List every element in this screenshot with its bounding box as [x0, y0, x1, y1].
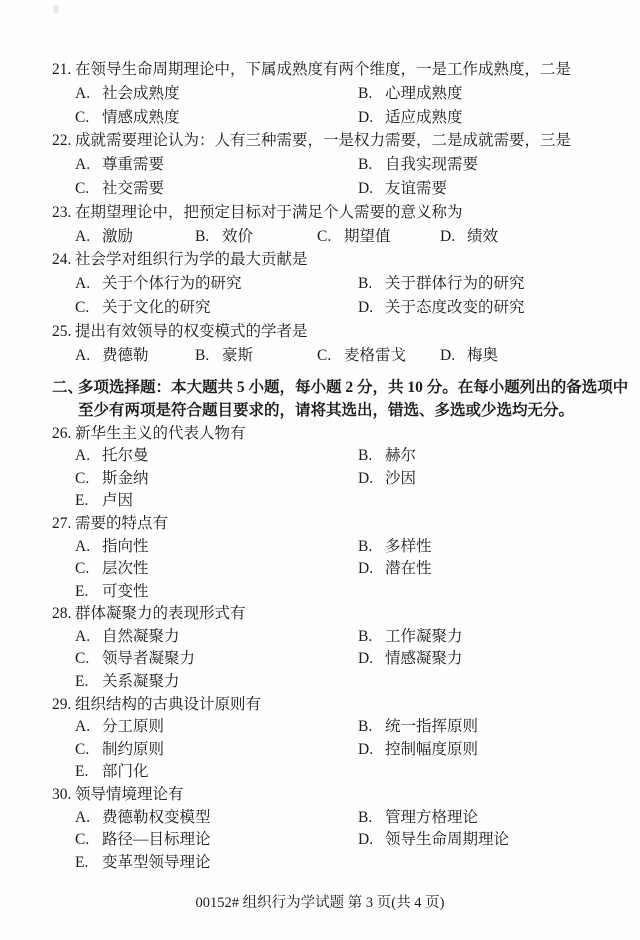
question-stem-row: 22.成就需要理论认为：人有三种需要，一是权力需要，二是成就需要，三是: [52, 129, 600, 153]
option-label: D.: [358, 177, 385, 201]
question-stem: 组织结构的古典设计原则有: [75, 694, 261, 717]
option-text: 部门化: [102, 761, 149, 784]
question-number: 24.: [52, 248, 75, 272]
section-header-line: 二、多项选择题：本大题共 5 小题，每小题 2 分，共 10 分。在每小题列出的…: [52, 377, 600, 400]
option-label: D.: [358, 296, 385, 320]
question-stem-row: 21.在领导生命周期理论中，下属成熟度有两个维度，一是工作成熟度，二是: [52, 58, 600, 82]
options-row: A.费德勒权变模型B.管理方格理论: [52, 807, 600, 830]
option-label: E.: [75, 671, 102, 694]
option-text: 心理成熟度: [385, 82, 463, 106]
option-text: 关于态度改变的研究: [385, 296, 525, 320]
option-label: E.: [75, 490, 102, 513]
option-text: 友谊需要: [385, 177, 447, 201]
option-label: C.: [317, 344, 344, 368]
option-A: A.关于个体行为的研究: [75, 272, 358, 296]
options-row: A.费德勒B.豪斯C.麦格雷戈D.梅奥: [52, 344, 600, 368]
question-block: 30.领导情境理论有A.费德勒权变模型B.管理方格理论C.路径—目标理论D.领导…: [52, 784, 600, 874]
option-text: 豪斯: [222, 344, 253, 368]
option-label: D.: [358, 106, 385, 130]
option-text: 领导生命周期理论: [385, 829, 509, 852]
option-A: A.分工原则: [75, 716, 358, 739]
options-row: A.分工原则B.统一指挥原则: [52, 716, 600, 739]
option-C: C.情感成熟度: [75, 106, 358, 130]
scan-artifact: [53, 5, 59, 13]
option-A: A.社会成熟度: [75, 82, 358, 106]
option-text: 统一指挥原则: [385, 716, 478, 739]
option-label: A.: [75, 716, 102, 739]
page-footer: 00152# 组织行为学试题 第 3 页(共 4 页): [0, 893, 640, 913]
option-label: B.: [358, 445, 385, 468]
question-number: 25.: [52, 320, 75, 344]
option-label: E.: [75, 852, 102, 875]
options-row: A.自然凝聚力B.工作凝聚力: [52, 626, 600, 649]
question-block: 21.在领导生命周期理论中，下属成熟度有两个维度，一是工作成熟度，二是A.社会成…: [52, 58, 600, 129]
option-label: D.: [440, 344, 467, 368]
section-header-line: 至少有两项是符合题目要求的，请将其选出，错选、多选或少选均无分。: [52, 400, 600, 423]
option-label: D.: [358, 829, 385, 852]
option-E: E.卢因: [75, 490, 358, 513]
option-label: B.: [358, 716, 385, 739]
option-text: 社交需要: [102, 177, 164, 201]
option-label: B.: [358, 82, 385, 106]
option-E: E.可变性: [75, 581, 358, 604]
question-number: 21.: [52, 58, 75, 82]
question-block: 27.需要的特点有A.指向性B.多样性C.层次性D.潜在性E.可变性: [52, 513, 600, 603]
option-label: A.: [75, 445, 102, 468]
options-row: C.关于文化的研究D.关于态度改变的研究: [52, 296, 600, 320]
option-text: 多样性: [385, 536, 432, 559]
option-B: B.自我实现需要: [358, 153, 478, 177]
option-text: 层次性: [102, 558, 149, 581]
question-stem: 领导情境理论有: [75, 784, 184, 807]
option-label: B.: [358, 536, 385, 559]
question-number: 30.: [52, 784, 75, 807]
option-label: A.: [75, 153, 102, 177]
option-text: 费德勒权变模型: [102, 807, 211, 830]
options-row: C.领导者凝聚力D.情感凝聚力: [52, 648, 600, 671]
question-stem-row: 30.领导情境理论有: [52, 784, 600, 807]
option-text: 激励: [102, 225, 133, 249]
question-stem: 群体凝聚力的表现形式有: [75, 603, 246, 626]
option-C: C.关于文化的研究: [75, 296, 358, 320]
option-text: 管理方格理论: [385, 807, 478, 830]
option-label: C.: [75, 106, 102, 130]
option-label: B.: [358, 153, 385, 177]
option-label: D.: [358, 648, 385, 671]
options-row: C.社交需要D.友谊需要: [52, 177, 600, 201]
question-block: 24.社会学对组织行为学的最大贡献是A.关于个体行为的研究B.关于群体行为的研究…: [52, 248, 600, 319]
option-text: 沙因: [385, 468, 416, 491]
option-text: 关于群体行为的研究: [385, 272, 525, 296]
option-D: D.梅奥: [440, 344, 498, 368]
option-text: 费德勒: [102, 344, 149, 368]
option-B: B.多样性: [358, 536, 432, 559]
option-text: 梅奥: [467, 344, 498, 368]
option-label: A.: [75, 536, 102, 559]
option-D: D.适应成熟度: [358, 106, 463, 130]
question-stem: 成就需要理论认为：人有三种需要，一是权力需要，二是成就需要，三是: [75, 129, 571, 153]
option-label: A.: [75, 626, 102, 649]
options-row: A.社会成熟度B.心理成熟度: [52, 82, 600, 106]
option-label: C.: [75, 296, 102, 320]
question-number: 27.: [52, 513, 75, 536]
options-row: E.部门化: [52, 761, 600, 784]
option-text: 自我实现需要: [385, 153, 478, 177]
option-label: B.: [358, 807, 385, 830]
option-text: 赫尔: [385, 445, 416, 468]
question-number: 22.: [52, 129, 75, 153]
question-number: 23.: [52, 201, 75, 225]
option-label: A.: [75, 82, 102, 106]
section-header: 二、多项选择题：本大题共 5 小题，每小题 2 分，共 10 分。在每小题列出的…: [52, 377, 600, 422]
question-stem-row: 23.在期望理论中，把预定目标对于满足个人需要的意义称为: [52, 201, 600, 225]
option-text: 分工原则: [102, 716, 164, 739]
option-A: A.尊重需要: [75, 153, 358, 177]
option-text: 关于文化的研究: [102, 296, 211, 320]
option-text: 情感成熟度: [102, 106, 180, 130]
question-stem-row: 26.新华生主义的代表人物有: [52, 423, 600, 446]
options-row: E.关系凝聚力: [52, 671, 600, 694]
option-text: 关于个体行为的研究: [102, 272, 242, 296]
options-row: E.变革型领导理论: [52, 852, 600, 875]
option-C: C.斯金纳: [75, 468, 358, 491]
section-header-text: 至少有两项是符合题目要求的，请将其选出，错选、多选或少选均无分。: [78, 400, 574, 423]
option-text: 尊重需要: [102, 153, 164, 177]
options-row: C.斯金纳D.沙因: [52, 468, 600, 491]
option-B: B.统一指挥原则: [358, 716, 478, 739]
option-D: D.友谊需要: [358, 177, 447, 201]
option-C: C.期望值: [317, 225, 440, 249]
option-text: 效价: [222, 225, 253, 249]
option-text: 工作凝聚力: [385, 626, 463, 649]
option-A: A.激励: [75, 225, 195, 249]
option-C: C.麦格雷戈: [317, 344, 440, 368]
question-stem: 在期望理论中，把预定目标对于满足个人需要的意义称为: [75, 201, 463, 225]
option-B: B.效价: [195, 225, 317, 249]
option-text: 指向性: [102, 536, 149, 559]
option-label: D.: [440, 225, 467, 249]
option-text: 控制幅度原则: [385, 739, 478, 762]
option-label: A.: [75, 225, 102, 249]
option-text: 斯金纳: [102, 468, 149, 491]
question-stem-row: 24.社会学对组织行为学的最大贡献是: [52, 248, 600, 272]
option-E: E.部门化: [75, 761, 358, 784]
option-label: C.: [75, 648, 102, 671]
option-B: B.管理方格理论: [358, 807, 478, 830]
question-stem: 社会学对组织行为学的最大贡献是: [75, 248, 308, 272]
question-stem: 在领导生命周期理论中，下属成熟度有两个维度，一是工作成熟度，二是: [75, 58, 571, 82]
option-label: D.: [358, 739, 385, 762]
option-label: A.: [75, 344, 102, 368]
option-D: D.绩效: [440, 225, 498, 249]
question-stem-row: 28.群体凝聚力的表现形式有: [52, 603, 600, 626]
question-block: 23.在期望理论中，把预定目标对于满足个人需要的意义称为A.激励B.效价C.期望…: [52, 201, 600, 249]
option-label: B.: [195, 225, 222, 249]
option-D: D.沙因: [358, 468, 416, 491]
option-label: C.: [75, 829, 102, 852]
option-B: B.赫尔: [358, 445, 416, 468]
option-E: E.变革型领导理论: [75, 852, 358, 875]
question-stem-row: 29.组织结构的古典设计原则有: [52, 694, 600, 717]
question-stem-row: 25.提出有效领导的权变模式的学者是: [52, 320, 600, 344]
option-B: B.工作凝聚力: [358, 626, 463, 649]
option-C: C.领导者凝聚力: [75, 648, 358, 671]
option-text: 卢因: [102, 490, 133, 513]
option-label: B.: [358, 626, 385, 649]
section-number: 二、: [52, 377, 78, 400]
option-label: A.: [75, 807, 102, 830]
option-text: 制约原则: [102, 739, 164, 762]
question-block: 26.新华生主义的代表人物有A.托尔曼B.赫尔C.斯金纳D.沙因E.卢因: [52, 423, 600, 513]
option-C: C.路径—目标理论: [75, 829, 358, 852]
option-text: 潜在性: [385, 558, 432, 581]
question-block: 22.成就需要理论认为：人有三种需要，一是权力需要，二是成就需要，三是A.尊重需…: [52, 129, 600, 200]
option-C: C.制约原则: [75, 739, 358, 762]
options-row: A.托尔曼B.赫尔: [52, 445, 600, 468]
options-row: E.可变性: [52, 581, 600, 604]
question-area: 21.在领导生命周期理论中，下属成熟度有两个维度，一是工作成熟度，二是A.社会成…: [52, 58, 600, 874]
question-block: 25.提出有效领导的权变模式的学者是A.费德勒B.豪斯C.麦格雷戈D.梅奥: [52, 320, 600, 368]
option-text: 社会成熟度: [102, 82, 180, 106]
options-row: A.尊重需要B.自我实现需要: [52, 153, 600, 177]
option-text: 情感凝聚力: [385, 648, 463, 671]
question-block: 28.群体凝聚力的表现形式有A.自然凝聚力B.工作凝聚力C.领导者凝聚力D.情感…: [52, 603, 600, 693]
options-row: E.卢因: [52, 490, 600, 513]
option-E: E.关系凝聚力: [75, 671, 358, 694]
option-label: E.: [75, 761, 102, 784]
option-label: C.: [75, 177, 102, 201]
question-stem: 提出有效领导的权变模式的学者是: [75, 320, 308, 344]
question-block: 29.组织结构的古典设计原则有A.分工原则B.统一指挥原则C.制约原则D.控制幅…: [52, 694, 600, 784]
option-label: B.: [358, 272, 385, 296]
option-text: 期望值: [344, 225, 391, 249]
options-row: A.关于个体行为的研究B.关于群体行为的研究: [52, 272, 600, 296]
question-stem: 需要的特点有: [75, 513, 168, 536]
options-row: C.路径—目标理论D.领导生命周期理论: [52, 829, 600, 852]
question-number: 28.: [52, 603, 75, 626]
page-footer-text: 00152# 组织行为学试题 第 3 页(共 4 页): [196, 895, 445, 911]
option-A: A.费德勒权变模型: [75, 807, 358, 830]
option-A: A.托尔曼: [75, 445, 358, 468]
option-C: C.层次性: [75, 558, 358, 581]
options-row: C.情感成熟度D.适应成熟度: [52, 106, 600, 130]
options-row: A.激励B.效价C.期望值D.绩效: [52, 225, 600, 249]
option-A: A.自然凝聚力: [75, 626, 358, 649]
option-text: 关系凝聚力: [102, 671, 180, 694]
question-number: 26.: [52, 423, 75, 446]
options-row: C.制约原则D.控制幅度原则: [52, 739, 600, 762]
option-B: B.心理成熟度: [358, 82, 463, 106]
option-text: 路径—目标理论: [102, 829, 211, 852]
option-text: 适应成熟度: [385, 106, 463, 130]
option-text: 领导者凝聚力: [102, 648, 195, 671]
options-row: C.层次性D.潜在性: [52, 558, 600, 581]
question-stem: 新华生主义的代表人物有: [75, 423, 246, 446]
question-number: 29.: [52, 694, 75, 717]
option-B: B.关于群体行为的研究: [358, 272, 525, 296]
option-D: D.领导生命周期理论: [358, 829, 509, 852]
option-label: C.: [317, 225, 344, 249]
option-label: A.: [75, 272, 102, 296]
option-D: D.关于态度改变的研究: [358, 296, 525, 320]
option-D: D.情感凝聚力: [358, 648, 463, 671]
option-text: 自然凝聚力: [102, 626, 180, 649]
question-stem-row: 27.需要的特点有: [52, 513, 600, 536]
option-text: 绩效: [467, 225, 498, 249]
option-text: 麦格雷戈: [344, 344, 406, 368]
option-B: B.豪斯: [195, 344, 317, 368]
option-label: E.: [75, 581, 102, 604]
option-label: C.: [75, 468, 102, 491]
option-label: D.: [358, 558, 385, 581]
option-D: D.潜在性: [358, 558, 432, 581]
options-row: A.指向性B.多样性: [52, 536, 600, 559]
option-D: D.控制幅度原则: [358, 739, 478, 762]
option-A: A.费德勒: [75, 344, 195, 368]
option-text: 可变性: [102, 581, 149, 604]
option-text: 变革型领导理论: [102, 852, 211, 875]
option-label: C.: [75, 739, 102, 762]
option-label: D.: [358, 468, 385, 491]
option-C: C.社交需要: [75, 177, 358, 201]
option-A: A.指向性: [75, 536, 358, 559]
option-label: C.: [75, 558, 102, 581]
section-header-text: 多项选择题：本大题共 5 小题，每小题 2 分，共 10 分。在每小题列出的备选…: [78, 377, 628, 400]
option-label: B.: [195, 344, 222, 368]
exam-page: 21.在领导生命周期理论中，下属成熟度有两个维度，一是工作成熟度，二是A.社会成…: [0, 0, 640, 940]
option-text: 托尔曼: [102, 445, 149, 468]
